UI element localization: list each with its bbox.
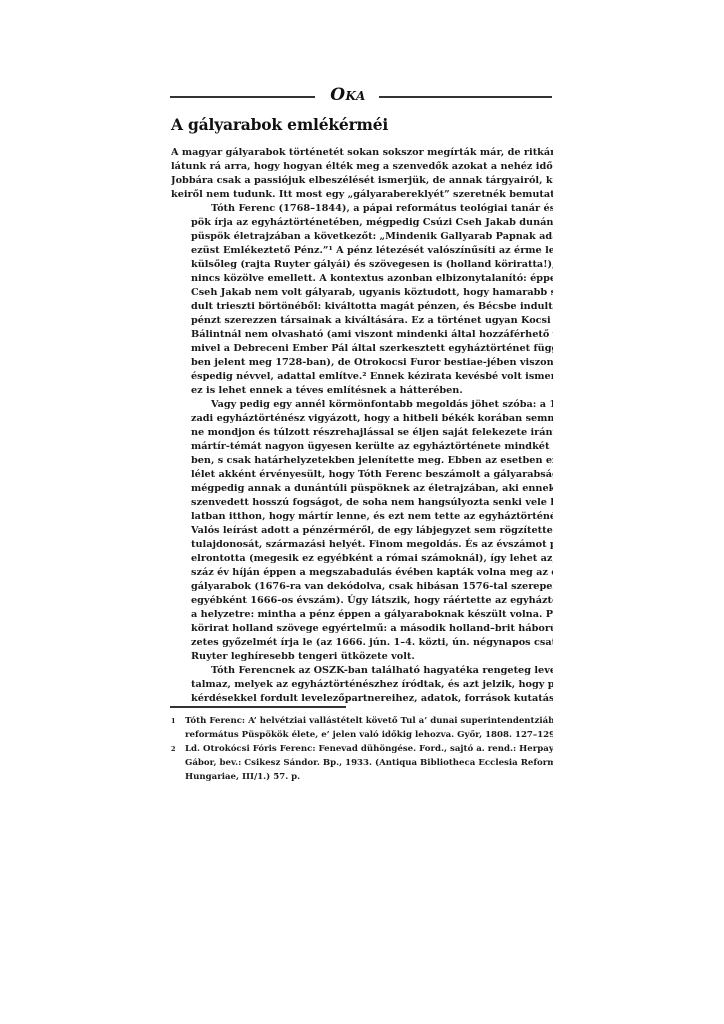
text-line: lélet akként érvényesült, hogy Tóth Fere… <box>171 468 553 482</box>
paragraph: A magyar gályarabok történetét sokan sok… <box>171 146 553 202</box>
footnote-line: református Püspökök élete, e’ jelen való… <box>185 728 553 742</box>
footnote: 1 Tóth Ferenc: A’ helvétziai vallástétel… <box>171 714 553 742</box>
text-line: körirat holland szövege egyértelmű: a má… <box>171 622 553 636</box>
paragraph: Vagy pedig egy annél körmönfontabb megol… <box>171 398 553 664</box>
text-line: latban itthon, hogy mártír lenne, és ezt… <box>171 510 553 524</box>
article-title: A gályarabok emlékérméi <box>171 115 388 134</box>
text-line: talmaz, melyek az egyháztörténészhez író… <box>171 678 553 692</box>
text-line: ben, s csak határhelyzetekben jelenített… <box>171 454 553 468</box>
text-line: a helyzetre: mintha a pénz éppen a gálya… <box>171 608 553 622</box>
text-line: mégpedig annak a dunántúli püspöknek az … <box>171 482 553 496</box>
footnote-line: Ld. Otrokócsi Fóris Ferenc: Fenevad dühö… <box>185 742 553 756</box>
text-line: zetes győzelmét írja le (az 1666. jún. 1… <box>171 636 553 650</box>
text-line: elrontotta (megesik ez egyébként a római… <box>171 552 553 566</box>
text-line: Valós leírást adott a pénzérméről, de eg… <box>171 524 553 538</box>
text-line: pénzt szerezzen társainak a kiváltására.… <box>171 314 553 328</box>
text-line: ezüst Emlékeztető Pénz.”¹ A pénz létezés… <box>171 244 553 258</box>
footnote-line: Gábor, bev.: Csikesz Sándor. Bp., 1933. … <box>185 756 553 770</box>
text-line: zadi egyháztörténész vigyázott, hogy a h… <box>171 412 553 426</box>
footnote-rule <box>170 706 346 708</box>
text-line: nincs közölve emellett. A kontextus azon… <box>171 272 553 286</box>
text-line: ez is lehet ennek a téves említésnek a h… <box>171 384 553 398</box>
text-line: Jobbára csak a passiójuk elbeszélését is… <box>171 174 553 188</box>
footnote-line: Tóth Ferenc: A’ helvétziai vallástételt … <box>185 714 553 728</box>
running-head-rule-right <box>379 96 552 98</box>
running-head-rule-left <box>170 96 315 98</box>
text-line: külsőleg (rajta Ruyter gályái) és szöveg… <box>171 258 553 272</box>
text-line: Bálintnál nem olvasható (ami viszont min… <box>171 328 553 342</box>
text-line: mivel a Debreceni Ember Pál által szerke… <box>171 342 553 356</box>
footnote-number: 1 <box>171 714 176 728</box>
text-line: Tóth Ferenc (1768–1844), a pápai reformá… <box>171 202 553 216</box>
text-line: éspedig névvel, adattal említve.² Ennek … <box>171 370 553 384</box>
footnote-line: Hungariae, III/1.) 57. p. <box>185 770 553 784</box>
footnote-number: 2 <box>171 742 176 756</box>
paragraph: Tóth Ferencnek az OSZK-ban található hag… <box>171 664 553 706</box>
text-line: püspök életrajzában a következőt: „Minde… <box>171 230 553 244</box>
text-line: mártír-témát nagyon ügyesen kerülte az e… <box>171 440 553 454</box>
text-line: dult trieszti börtönéből: kiváltotta mag… <box>171 300 553 314</box>
text-line: szenvedett hosszú fogságot, de soha nem … <box>171 496 553 510</box>
article-body: A magyar gályarabok történetét sokan sok… <box>171 146 553 706</box>
text-line: száz év híján éppen a megszabadulás évéb… <box>171 566 553 580</box>
text-line: tulajdonosát, származási helyét. Finom m… <box>171 538 553 552</box>
text-line: ben jelent meg 1728-ban), de Otrokocsi F… <box>171 356 553 370</box>
text-line: Cseh Jakab nem volt gályarab, ugyanis kö… <box>171 286 553 300</box>
text-line: kérdésekkel fordult levelezőpartnereihez… <box>171 692 553 706</box>
document-page: Oka A gályarabok emlékérméi A magyar gál… <box>0 0 724 1024</box>
text-line: Tóth Ferencnek az OSZK-ban található hag… <box>171 664 553 678</box>
text-line: látunk rá arra, hogy hogyan élték meg a … <box>171 160 553 174</box>
footnote: 2 Ld. Otrokócsi Fóris Ferenc: Fenevad dü… <box>171 742 553 784</box>
text-line: pök írja az egyháztörténetében, mégpedig… <box>171 216 553 230</box>
text-line: ne mondjon és túlzott részrehajlással se… <box>171 426 553 440</box>
text-line: egyébként 1666-os évszám). Úgy látszik, … <box>171 594 553 608</box>
text-line: Ruyter leghíresebb tengeri ütközete volt… <box>171 650 553 664</box>
text-line: gályarabok (1676-ra van dekódolva, csak … <box>171 580 553 594</box>
footnotes: 1 Tóth Ferenc: A’ helvétziai vallástétel… <box>171 714 553 784</box>
paragraph: Tóth Ferenc (1768–1844), a pápai reformá… <box>171 202 553 398</box>
text-line: Vagy pedig egy annél körmönfontabb megol… <box>171 398 553 412</box>
running-head: Oka <box>170 86 553 108</box>
text-line: A magyar gályarabok történetét sokan sok… <box>171 146 553 160</box>
running-head-title: Oka <box>320 85 376 105</box>
text-line: keiről nem tudunk. Itt most egy „gályara… <box>171 188 553 202</box>
